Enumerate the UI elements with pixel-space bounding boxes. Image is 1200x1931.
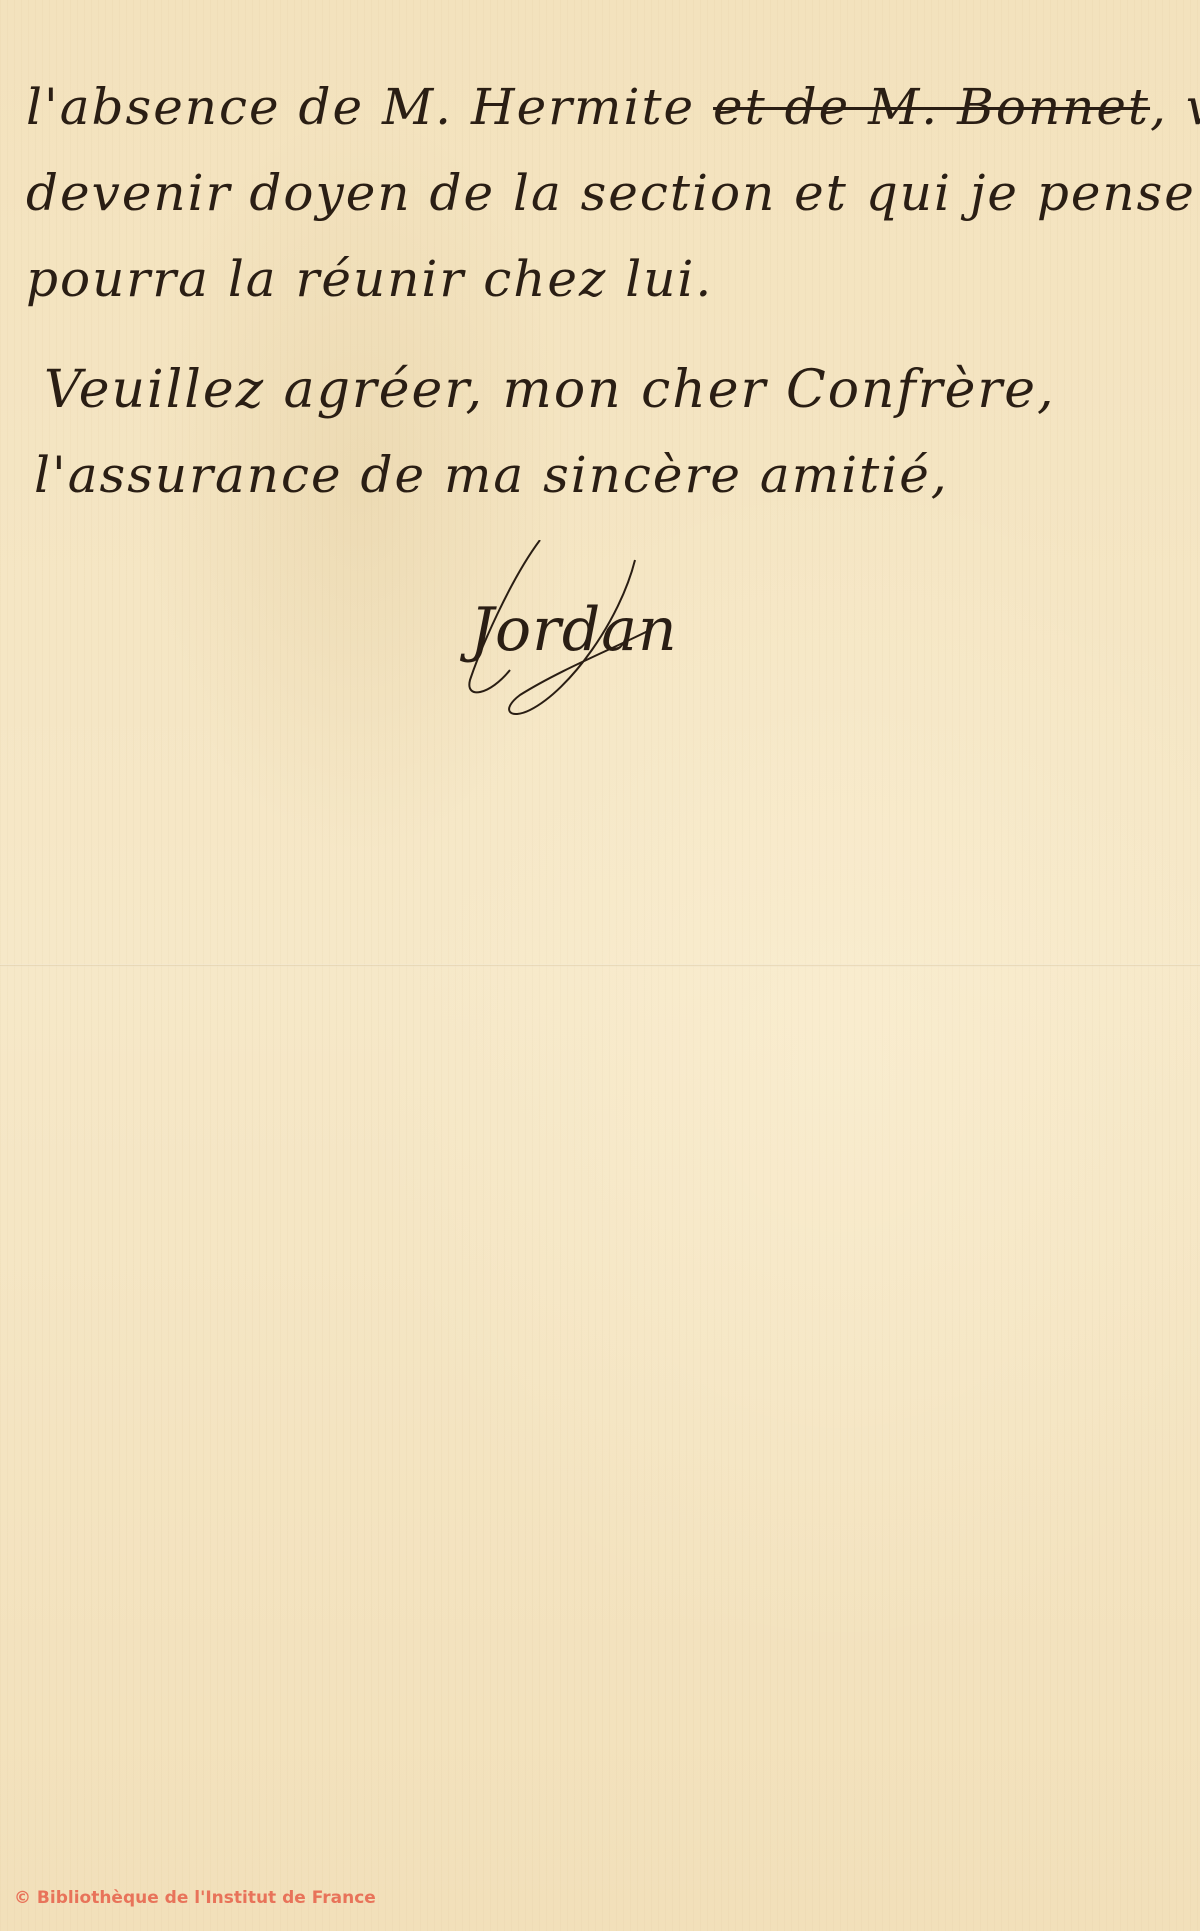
letter-page: l'absence de M. Hermite et de M. Bonnet,… bbox=[0, 0, 1200, 1931]
line-1-text-before: l'absence de M. Hermite bbox=[26, 78, 713, 136]
signature: Jordan bbox=[450, 540, 770, 720]
copyright-notice: © Bibliothèque de l'Institut de France bbox=[14, 1888, 376, 1908]
closing-line-2: l'assurance de ma sincère amitié, bbox=[34, 450, 949, 500]
paper-fold-line bbox=[0, 964, 1200, 967]
closing-line-1: Veuillez agréer, mon cher Confrère, bbox=[44, 364, 1056, 416]
letter-line-3: pourra la réunir chez lui. bbox=[26, 254, 713, 304]
line-1-text-after: , va bbox=[1150, 78, 1200, 136]
struck-through-text: et de M. Bonnet bbox=[713, 78, 1150, 136]
signature-name: Jordan bbox=[470, 595, 678, 665]
letter-line-1: l'absence de M. Hermite et de M. Bonnet,… bbox=[26, 82, 1200, 132]
letter-line-2: devenir doyen de la section et qui je pe… bbox=[26, 168, 1196, 218]
